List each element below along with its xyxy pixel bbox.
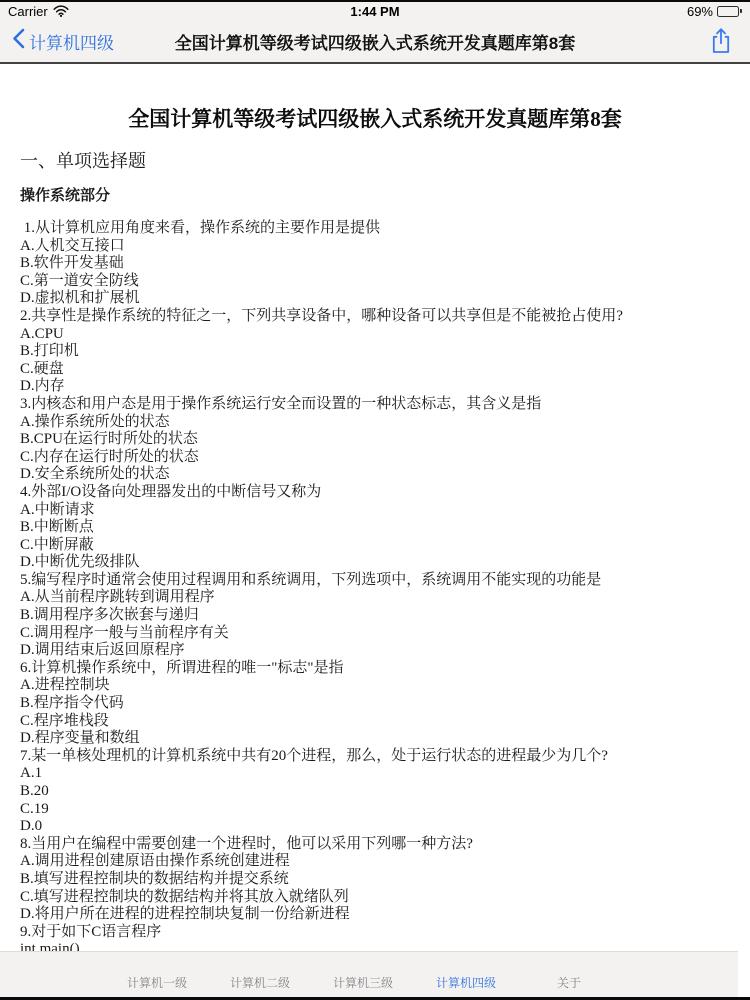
nav-bar: 全国计算机等级考试四级嵌入式系统开发真题库第8套 计算机四级 xyxy=(0,20,750,62)
content-line: D.内存 xyxy=(20,378,730,396)
chevron-left-icon xyxy=(12,28,25,54)
content-line: A.中断请求 xyxy=(20,502,730,520)
content-line: D.调用结束后返回原程序 xyxy=(20,642,730,660)
content-line: A.调用进程创建原语由操作系统创建进程 xyxy=(20,853,730,871)
tab-item-5[interactable]: 关于 xyxy=(518,974,621,997)
content-line: D.将用户所在进程的进程控制块复制一份给新进程 xyxy=(20,906,730,924)
content-line: D.安全系统所处的状态 xyxy=(20,466,730,484)
content-line: C.硬盘 xyxy=(20,361,730,379)
content-line: 3.内核态和用户态是用于操作系统运行安全而设置的一种状态标志，其含义是指 xyxy=(20,396,730,414)
tab-bar: 计算机一级计算机二级计算机三级计算机四级关于 xyxy=(0,951,738,997)
content-line: B.打印机 xyxy=(20,343,730,361)
content-line: C.中断屏蔽 xyxy=(20,537,730,555)
content-line: B.中断断点 xyxy=(20,519,730,537)
screen: Carrier 1:44 PM 69% 全国计算机等级考试四级嵌入式系统开发真题… xyxy=(0,0,750,1000)
document-title: 全国计算机等级考试四级嵌入式系统开发真题库第8套 xyxy=(20,106,730,132)
document-page: 全国计算机等级考试四级嵌入式系统开发真题库第8套 一、单项选择题 操作系统部分 … xyxy=(0,106,750,951)
tab-item-1[interactable]: 计算机一级 xyxy=(106,974,209,997)
content-line: 1.从计算机应用角度来看，操作系统的主要作用是提供 xyxy=(20,220,730,238)
content-line: B.CPU在运行时所处的状态 xyxy=(20,431,730,449)
content-line: A.1 xyxy=(20,765,730,783)
content-line: 4.外部I/O设备向处理器发出的中断信号又称为 xyxy=(20,484,730,502)
status-right: 69% xyxy=(687,4,742,19)
tab-item-4-active[interactable]: 计算机四级 xyxy=(415,974,518,997)
tab-item-3[interactable]: 计算机三级 xyxy=(312,974,415,997)
content-line: C.内存在运行时所处的状态 xyxy=(20,449,730,467)
content-line: B.调用程序多次嵌套与递归 xyxy=(20,607,730,625)
content-line: A.进程控制块 xyxy=(20,677,730,695)
back-button-label: 计算机四级 xyxy=(29,29,114,54)
content-line: D.程序变量和数组 xyxy=(20,730,730,748)
content-line: A.从当前程序跳转到调用程序 xyxy=(20,589,730,607)
content-line: A.操作系统所处的状态 xyxy=(20,414,730,432)
content-line: A.人机交互接口 xyxy=(20,238,730,256)
battery-percent: 69% xyxy=(687,4,713,19)
tab-item-2[interactable]: 计算机二级 xyxy=(209,974,312,997)
content-line: C.调用程序一般与当前程序有关 xyxy=(20,625,730,643)
subsection-heading: 操作系统部分 xyxy=(20,186,730,206)
section-heading: 一、单项选择题 xyxy=(20,149,730,173)
content-line: D.虚拟机和扩展机 xyxy=(20,290,730,308)
content-line: 2.共享性是操作系统的特征之一，下列共享设备中，哪种设备可以共享但是不能被抢占使… xyxy=(20,308,730,326)
content-line: D.0 xyxy=(20,818,730,836)
content-line: B.填写进程控制块的数据结构并提交系统 xyxy=(20,871,730,889)
document-lines: 1.从计算机应用角度来看，操作系统的主要作用是提供A.人机交互接口B.软件开发基… xyxy=(20,220,730,951)
battery-icon xyxy=(717,6,742,17)
content-line: 6.计算机操作系统中，所谓进程的唯一"标志"是指 xyxy=(20,660,730,678)
content-line: B.程序指令代码 xyxy=(20,695,730,713)
content-line: C.程序堆栈段 xyxy=(20,713,730,731)
clock: 1:44 PM xyxy=(0,4,750,19)
content-line: int main() xyxy=(20,941,730,951)
content-line: 8.当用户在编程中需要创建一个进程时，他可以采用下列哪一种方法? xyxy=(20,836,730,854)
share-button[interactable] xyxy=(704,25,738,57)
content-line: 5.编写程序时通常会使用过程调用和系统调用，下列选项中，系统调用不能实现的功能是 xyxy=(20,572,730,590)
content-line: C.19 xyxy=(20,801,730,819)
content-line: C.第一道安全防线 xyxy=(20,273,730,291)
content-line: 9.对于如下C语言程序 xyxy=(20,924,730,942)
content-line: D.中断优先级排队 xyxy=(20,554,730,572)
status-bar: Carrier 1:44 PM 69% xyxy=(0,2,750,20)
share-icon xyxy=(710,27,732,55)
content-line: B.软件开发基础 xyxy=(20,255,730,273)
back-button[interactable]: 计算机四级 xyxy=(12,28,114,54)
content-line: 7.某一单核处理机的计算机系统中共有20个进程，那么，处于运行状态的进程最少为几… xyxy=(20,748,730,766)
content-line: B.20 xyxy=(20,783,730,801)
content-line: C.填写进程控制块的数据结构并将其放入就绪队列 xyxy=(20,889,730,907)
document-scroll-view[interactable]: 全国计算机等级考试四级嵌入式系统开发真题库第8套 一、单项选择题 操作系统部分 … xyxy=(0,64,750,951)
content-line: A.CPU xyxy=(20,326,730,344)
